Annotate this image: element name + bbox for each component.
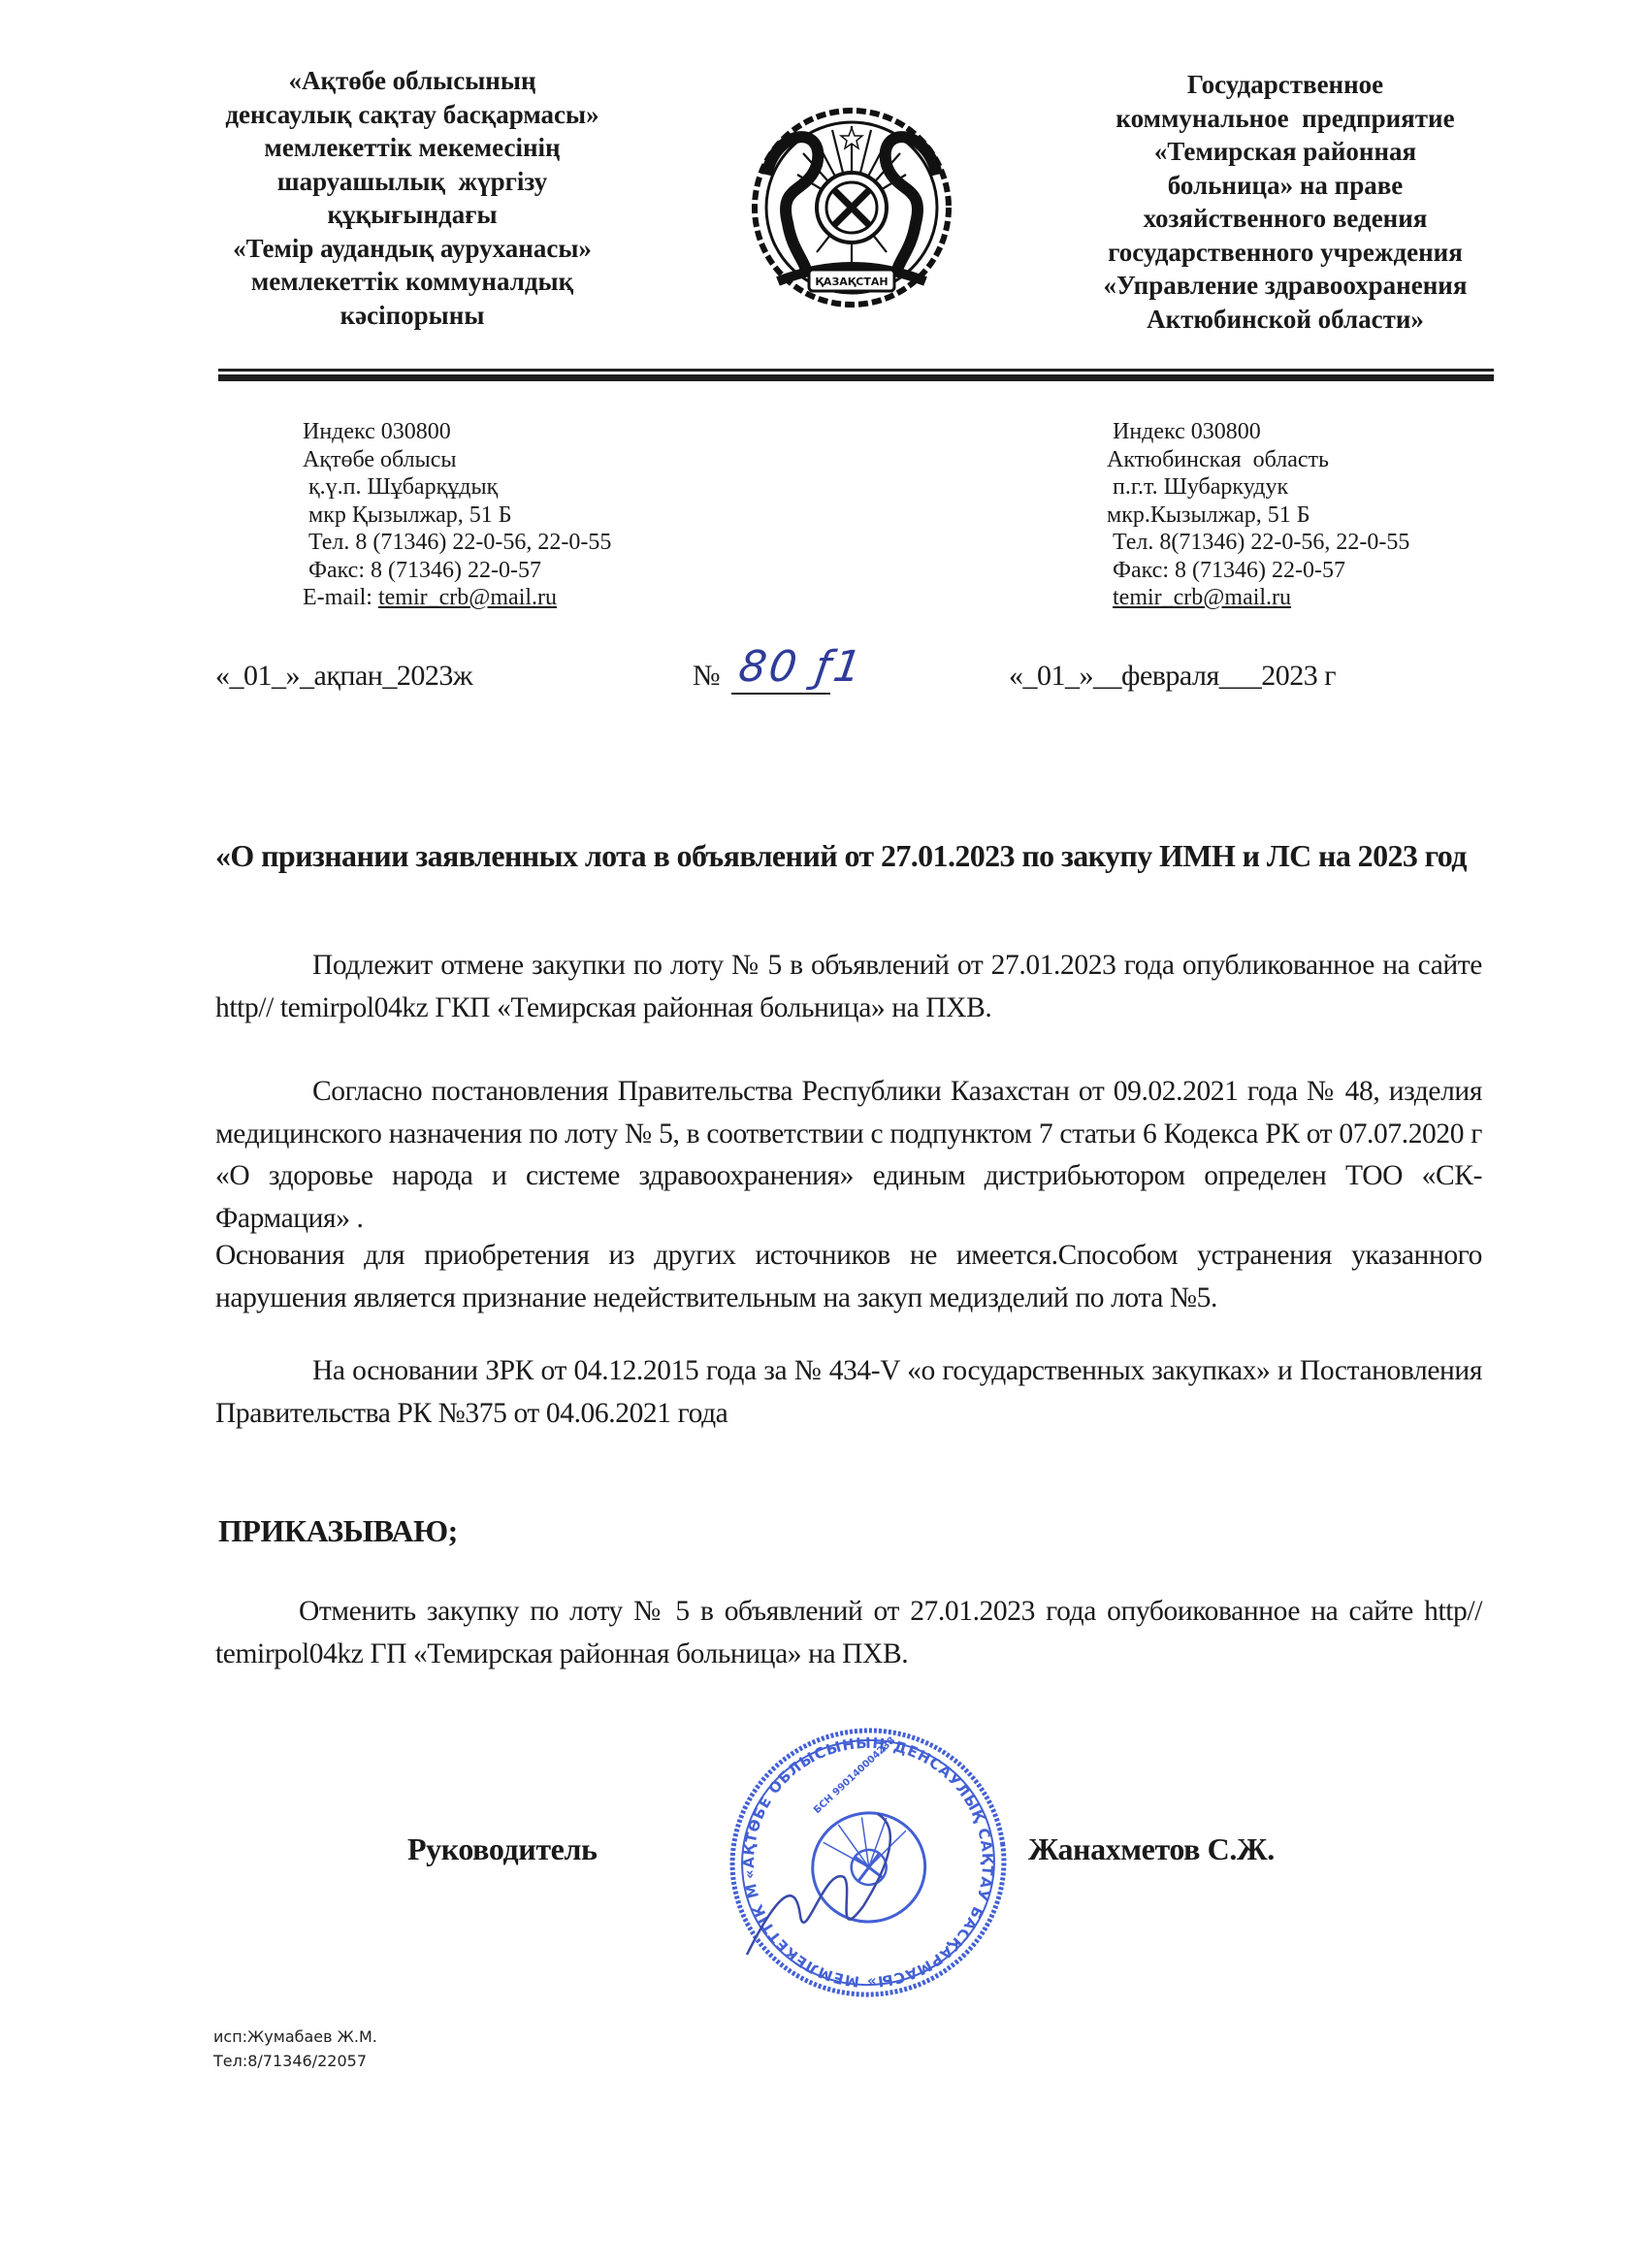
number-sign: № [693,660,720,693]
org-name-line: хозяйственного ведения [1018,202,1552,236]
email-row-ru: temir_crb@mail.ru [1107,584,1409,612]
address-block-kz: Индекс 030800Ақтөбе облысы қ.ү.п. Шұбарқ… [303,418,611,612]
email-label: E-mail: [303,585,378,610]
paragraph-text: Согласно постановления Правительства Рес… [215,1076,1482,1234]
signatory-role: Руководитель [407,1831,598,1867]
address-line: Ақтөбе облысы [303,446,611,474]
org-name-line: «Ақтөбе облысының [170,64,655,98]
document-title: «О признании заявленных лота в объявлени… [215,834,1467,878]
paragraph-cancellation: Подлежит отмене закупки по лоту № 5 в об… [215,945,1482,1029]
email-link-kz[interactable]: temir_crb@mail.ru [378,585,557,610]
org-name-line: «Темір аудандық ауруханасы» [170,232,655,266]
address-line: Факс: 8 (71346) 22-0-57 [303,557,611,585]
address-line: Тел. 8 (71346) 22-0-56, 22-0-55 [303,529,611,557]
org-name-line: денсаулық сақтау басқармасы» [170,98,655,132]
org-name-line: Актюбинской области» [1018,303,1552,337]
address-line: Тел. 8(71346) 22-0-56, 22-0-55 [1107,529,1409,557]
paragraph-text: На основании ЗРК от 04.12.2015 года за №… [215,1355,1482,1429]
org-name-line: «Темирская районная [1018,135,1552,169]
org-name-line: кәсіпорыны [170,299,655,333]
executor-phone: Тел:8/71346/22057 [213,2052,367,2070]
number-underline [731,693,830,695]
round-official-stamp-icon: «АҚТӨБЕ ОБЛЫСЫНЫҢ ДЕНСАУЛЫҚ САҚТАУ БАСҚА… [708,1722,1028,2003]
org-name-line: Государственное [1018,68,1552,102]
signatory-name: Жанахметов С.Ж. [1028,1831,1275,1867]
paragraph-text: Основания для приобретения из других ист… [215,1240,1482,1313]
header-divider-thick [218,374,1494,381]
address-line: қ.ү.п. Шұбарқұдық [303,473,611,502]
organization-name-kz: «Ақтөбе облысыныңденсаулық сақтау басқар… [170,64,655,332]
address-lines-kz: Индекс 030800Ақтөбе облысы қ.ү.п. Шұбарқ… [303,418,611,584]
email-row-kz: E-mail: temir_crb@mail.ru [303,584,611,612]
header-divider-thin [218,369,1494,372]
paragraph-text: Отменить закупку по лоту № 5 в объявлени… [215,1596,1482,1669]
address-line: Факс: 8 (71346) 22-0-57 [1107,557,1409,585]
paragraph-law-reference: На основании ЗРК от 04.12.2015 года за №… [215,1350,1482,1435]
date-kz: «_01_»_ақпан_2023ж [215,660,472,693]
order-heading: ПРИКАЗЫВАЮ; [218,1513,458,1549]
org-name-line: коммунальное предприятие [1018,102,1552,136]
paragraph-grounds: Основания для приобретения из других ист… [215,1235,1482,1319]
email-link-ru[interactable]: temir_crb@mail.ru [1113,585,1291,610]
handwritten-number: 80 ƒ1 [735,642,867,692]
order-text: Отменить закупку по лоту № 5 в объявлени… [215,1591,1482,1675]
paragraph-text: Подлежит отмене закупки по лоту № 5 в об… [215,950,1482,1023]
kazakhstan-emblem-icon: ҚАЗАҚСТАН [739,107,964,315]
address-line: п.г.т. Шубаркудук [1107,473,1409,502]
org-name-line: «Управление здравоохранения [1018,269,1552,303]
org-name-line: мемлекеттік мекемесінің [170,131,655,165]
org-name-line: мемлекеттік коммуналдық [170,265,655,299]
org-name-line: больница» на праве [1018,169,1552,203]
document-number: № 80 ƒ1 [693,660,867,693]
address-line: мкр Қызылжар, 51 Б [303,502,611,530]
address-line: Актюбинская область [1107,446,1409,474]
date-ru: «_01_»__февраля___2023 г [1009,660,1336,693]
organization-name-ru: Государственноекоммунальное предприятие«… [1018,68,1552,336]
address-line: Индекс 030800 [1107,418,1409,446]
executor-name: исп:Жумабаев Ж.М. [213,2027,377,2046]
paragraph-legal-basis: Согласно постановления Правительства Рес… [215,1071,1482,1240]
address-line: Индекс 030800 [303,418,611,446]
address-line: мкр.Кызылжар, 51 Б [1107,502,1409,530]
org-name-line: шаруашылық жүргізу [170,165,655,199]
org-name-line: құқығындағы [170,198,655,232]
org-name-line: государственного учреждения [1018,236,1552,270]
svg-text:ҚАЗАҚСТАН: ҚАЗАҚСТАН [815,275,888,288]
address-block-ru: Индекс 030800Актюбинская область п.г.т. … [1107,418,1409,612]
address-lines-ru: Индекс 030800Актюбинская область п.г.т. … [1107,418,1409,584]
